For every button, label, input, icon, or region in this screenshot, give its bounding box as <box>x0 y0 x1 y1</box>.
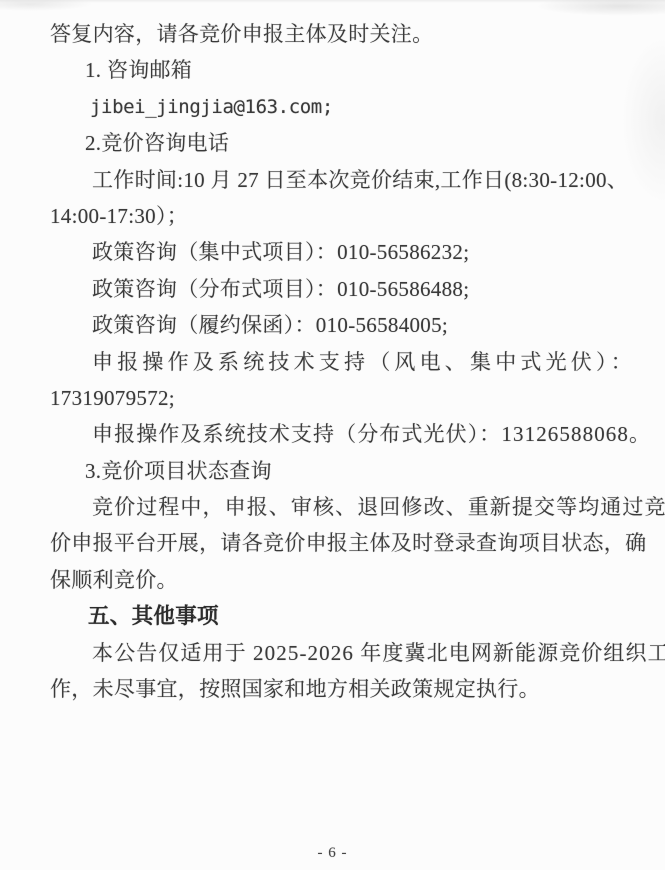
tech-support-wind-line-2: 17319079572; <box>50 380 643 416</box>
policy-phone-distributed: 政策咨询（分布式项目）：010-56586488; <box>92 271 643 307</box>
tech-support-wind-line-1: 申报操作及系统技术支持（风电、集中式光伏）： <box>92 344 643 380</box>
email-address: jibei_jingjia@163.com; <box>90 89 643 125</box>
scanned-document-page: 答复内容，请各竞价申报主体及时关注。 1. 咨询邮箱 jibei_jingjia… <box>0 0 665 870</box>
policy-phone-guarantee: 政策咨询（履约保函）：010-56584005; <box>92 307 643 343</box>
heading-consult-email: 1. 咨询邮箱 <box>85 52 643 88</box>
heading-status-query: 3.竞价项目状态查询 <box>85 453 643 489</box>
page-number: - 6 - <box>0 845 665 862</box>
policy-phone-centralized: 政策咨询（集中式项目）：010-56586232; <box>92 234 643 270</box>
work-hours-line-1: 工作时间:10 月 27 日至本次竞价结束,工作日(8:30-12:00、 <box>92 162 643 198</box>
heading-consult-phone: 2.竞价咨询电话 <box>85 125 643 161</box>
work-hours-line-2: 14:00-17:30）； <box>50 198 643 234</box>
status-paragraph-line-2: 价申报平台开展，请各竞价申报主体及时登录查询项目状态，确 <box>50 525 643 561</box>
status-paragraph-line-3: 保顺利竞价。 <box>50 562 643 598</box>
document-body: 答复内容，请各竞价申报主体及时关注。 1. 咨询邮箱 jibei_jingjia… <box>50 16 643 707</box>
other-matters-line-2: 作，未尽事宜，按照国家和地方相关政策规定执行。 <box>50 671 643 707</box>
tech-support-distributed-line: 申报操作及系统技术支持（分布式光伏）：13126588068。 <box>92 416 643 452</box>
section-heading-other-matters: 五、其他事项 <box>88 598 643 634</box>
other-matters-line-1: 本公告仅适用于 2025-2026 年度冀北电网新能源竞价组织工 <box>92 635 643 671</box>
status-paragraph-line-1: 竞价过程中，申报、审核、退回修改、重新提交等均通过竞 <box>92 489 643 525</box>
intro-continuation-line: 答复内容，请各竞价申报主体及时关注。 <box>50 16 643 52</box>
